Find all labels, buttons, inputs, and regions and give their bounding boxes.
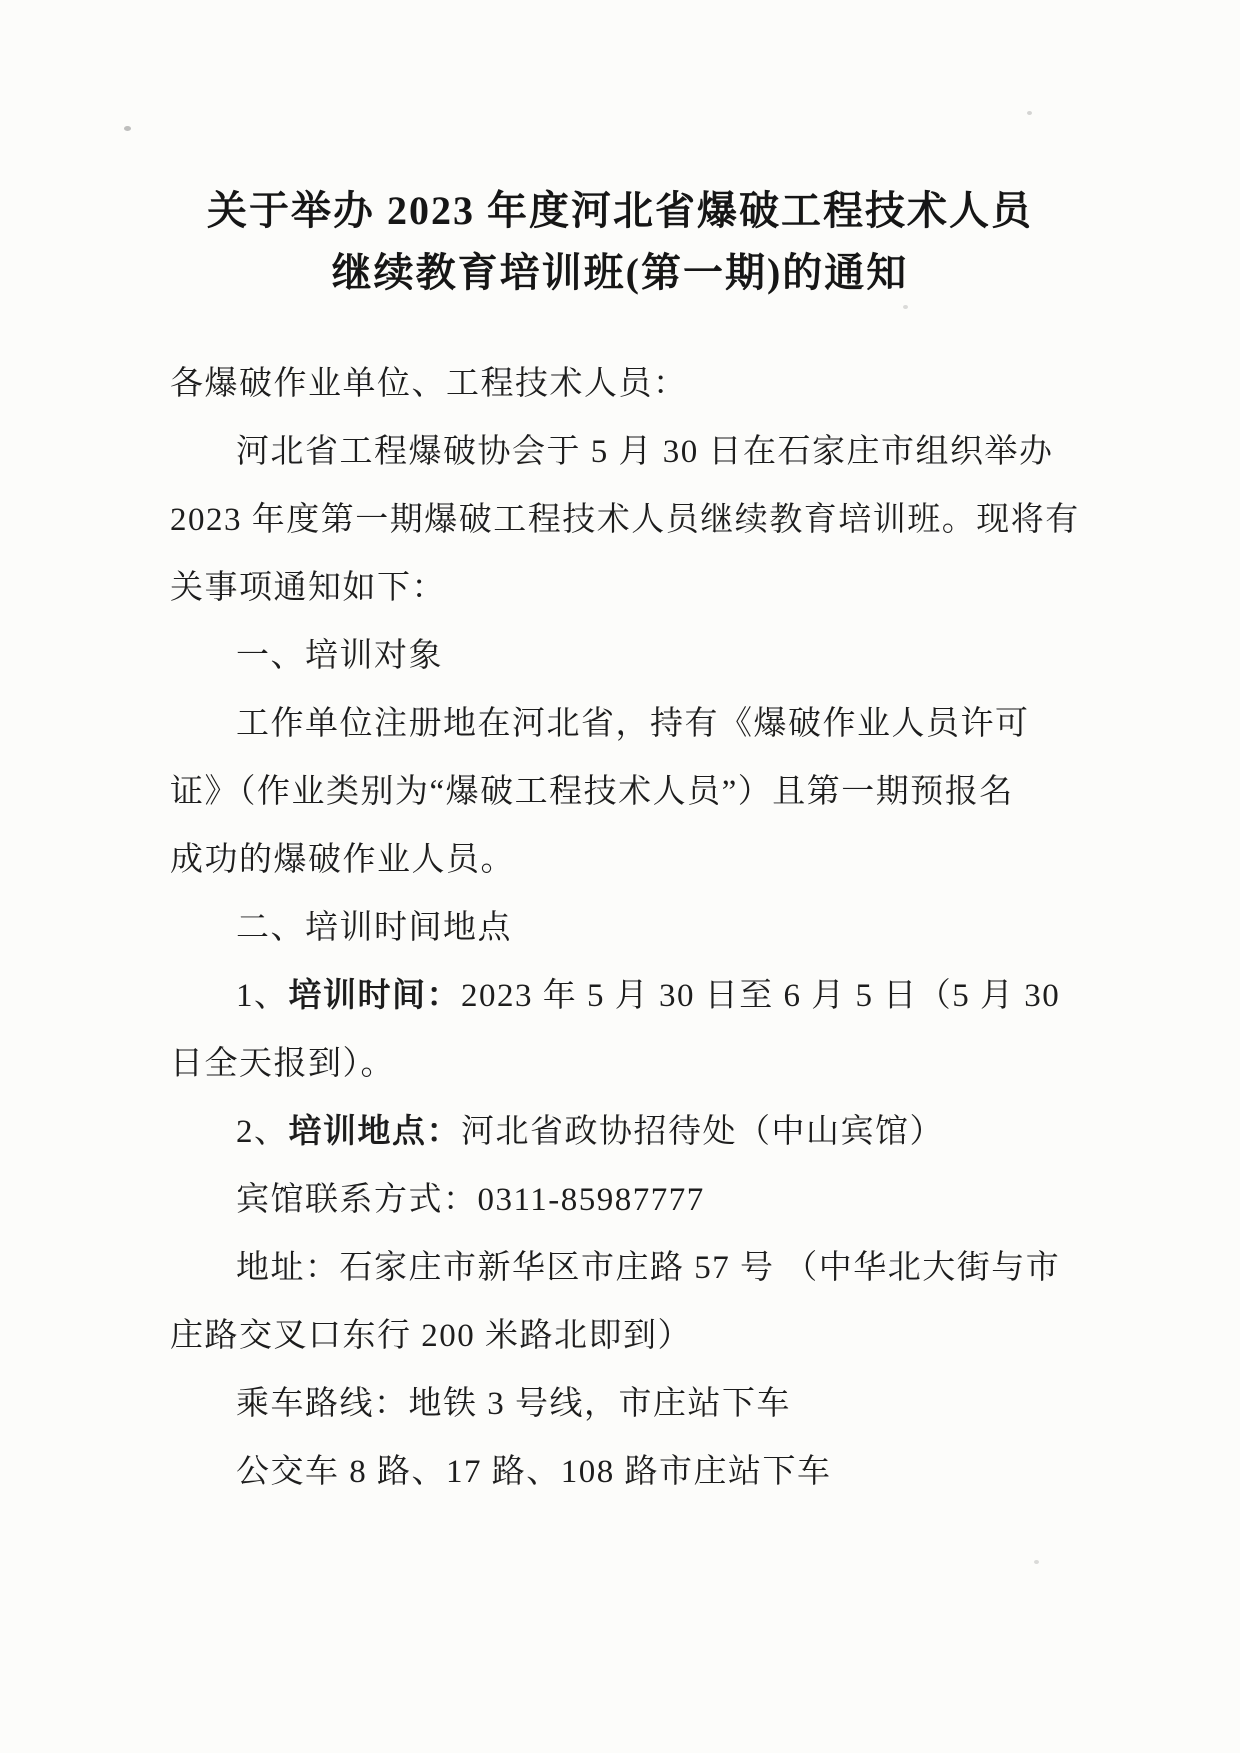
bus-route-line: 公交车 8 路、17 路、108 路市庄站下车 [170,1438,1090,1506]
training-venue-line: 2、培训地点：河北省政协招待处（中山宾馆） [170,1098,1090,1166]
address-line: 地址：石家庄市新华区市庄路 57 号 （中华北大街与市 [170,1234,1090,1302]
document-body: 各爆破作业单位、工程技术人员： 河北省工程爆破协会于 5 月 30 日在石家庄市… [170,350,1090,1506]
body-line: 2023 年度第一期爆破工程技术人员继续教育培训班。现将有 [170,486,1090,554]
body-line: 关事项通知如下： [170,554,1090,622]
body-line: 成功的爆破作业人员。 [170,826,1090,894]
document-page: 关于举办 2023 年度河北省爆破工程技术人员 继续教育培训班(第一期)的通知 … [0,0,1240,1753]
section-1-heading: 一、培训对象 [170,622,1090,690]
body-line: 日全天报到）。 [170,1030,1090,1098]
title-line-1: 关于举办 2023 年度河北省爆破工程技术人员 [0,180,1240,242]
document-title: 关于举办 2023 年度河北省爆破工程技术人员 继续教育培训班(第一期)的通知 [0,0,1240,304]
body-line: 证》（作业类别为“爆破工程技术人员”）且第一期预报名 [170,758,1090,826]
body-line: 工作单位注册地在河北省，持有《爆破作业人员许可 [170,690,1090,758]
scan-speck [1034,1560,1039,1564]
title-line-2: 继续教育培训班(第一期)的通知 [0,242,1240,304]
body-line: 河北省工程爆破协会于 5 月 30 日在石家庄市组织举办 [170,418,1090,486]
scan-speck [903,305,908,309]
salutation-line: 各爆破作业单位、工程技术人员： [170,350,1090,418]
scan-speck [1027,111,1032,115]
body-line: 庄路交叉口东行 200 米路北即到） [170,1302,1090,1370]
section-2-heading: 二、培训时间地点 [170,894,1090,962]
metro-route-line: 乘车路线：地铁 3 号线，市庄站下车 [170,1370,1090,1438]
hotel-phone-line: 宾馆联系方式：0311-85987777 [170,1166,1090,1234]
scan-speck [124,126,131,131]
training-time-line: 1、培训时间：2023 年 5 月 30 日至 6 月 5 日（5 月 30 [170,962,1090,1030]
